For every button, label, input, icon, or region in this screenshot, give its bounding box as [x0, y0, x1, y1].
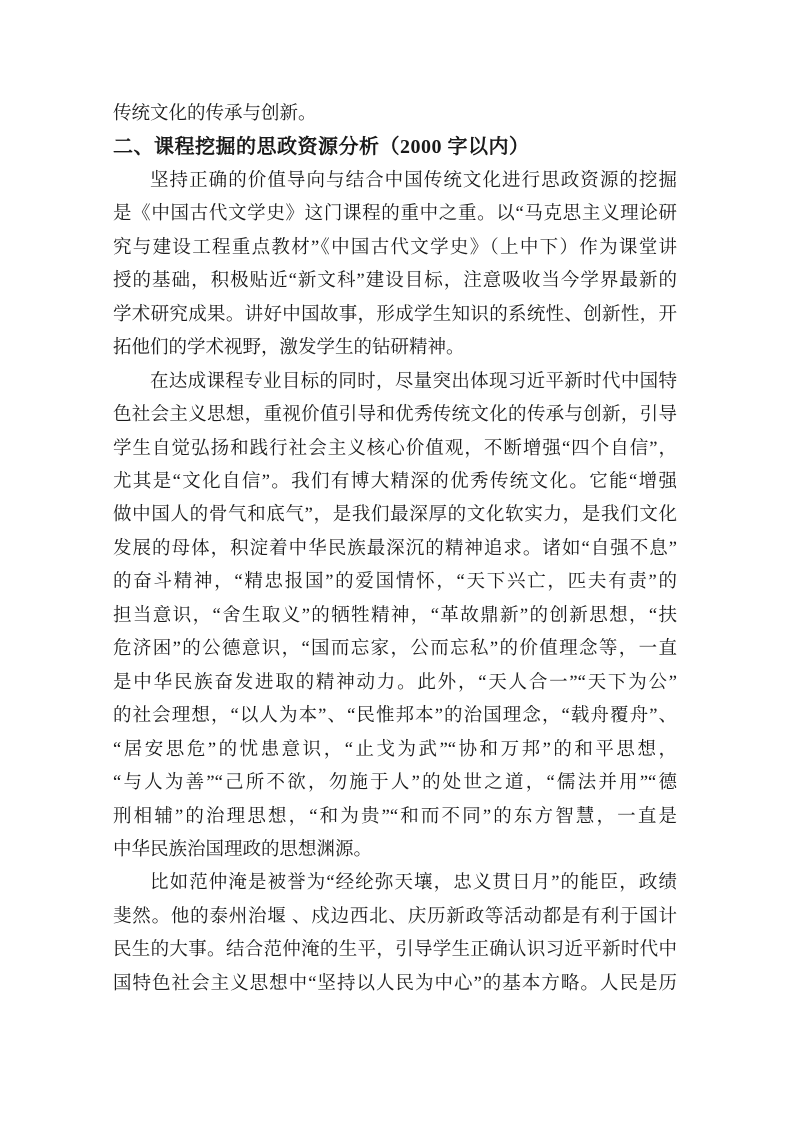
- text-line: 尤其是“文化自信”。我们有博大精深的优秀传统文化。它能“增强: [113, 466, 677, 499]
- text-line: 究与建设工程重点教材”《中国古代文学史》（上中下）作为课堂讲: [113, 232, 677, 265]
- text-line: 的社会理想，“以人为本”、“民惟邦本”的治国理念，“载舟覆舟”、: [113, 700, 677, 733]
- text-line: 国特色社会主义思想中“坚持以人民为中心”的基本方略。人民是历: [113, 968, 677, 1001]
- document-text-block: 传统文化的传承与创新。 二、课程挖掘的思政资源分析（2000 字以内） 坚持正确…: [113, 98, 677, 1001]
- text-line: 比如范仲淹是被誉为“经纶弥天壤，忠义贯日月”的能臣，政绩: [113, 867, 677, 900]
- text-line: 坚持正确的价值导向与结合中国传统文化进行思政资源的挖掘: [113, 165, 677, 198]
- text-line: 发展的母体，积淀着中华民族最深沉的精神追求。诸如“自强不息”: [113, 533, 677, 566]
- text-line: 在达成课程专业目标的同时，尽量突出体现习近平新时代中国特: [113, 366, 677, 399]
- text-line: 中华民族治国理政的思想渊源。: [113, 834, 677, 867]
- text-line: 授的基础，积极贴近“新文科”建设目标，注意吸收当今学界最新的: [113, 265, 677, 298]
- text-line: 传统文化的传承与创新。: [113, 98, 677, 131]
- text-line: 民生的大事。结合范仲淹的生平，引导学生正确认识习近平新时代中: [113, 934, 677, 967]
- text-line: 做中国人的骨气和底气”，是我们最深厚的文化软实力，是我们文化: [113, 499, 677, 532]
- text-line: 是中华民族奋发进取的精神动力。此外，“天人合一”“天下为公”: [113, 667, 677, 700]
- document-page: 传统文化的传承与创新。 二、课程挖掘的思政资源分析（2000 字以内） 坚持正确…: [0, 0, 794, 1123]
- text-line: 学术研究成果。讲好中国故事，形成学生知识的系统性、创新性，开: [113, 299, 677, 332]
- text-line: 的奋斗精神，“精忠报国”的爱国情怀，“天下兴亡，匹夫有责”的: [113, 566, 677, 599]
- text-line: 刑相辅”的治理思想，“和为贵”“和而不同”的东方智慧，一直是: [113, 801, 677, 834]
- text-line: 色社会主义思想，重视价值引导和优秀传统文化的传承与创新，引导: [113, 399, 677, 432]
- text-line: “与人为善”“己所不欲，勿施于人”的处世之道，“儒法并用”“德: [113, 767, 677, 800]
- text-line: 危济困”的公德意识，“国而忘家，公而忘私”的价值理念等，一直: [113, 633, 677, 666]
- text-line: 学生自觉弘扬和践行社会主义核心价值观，不断增强“四个自信”，: [113, 433, 677, 466]
- text-line: 斐然。他的泰州治堰 、戍边西北、庆历新政等活动都是有利于国计: [113, 901, 677, 934]
- text-line: 是《中国古代文学史》这门课程的重中之重。以“马克思主义理论研: [113, 198, 677, 231]
- text-line: “居安思危”的忧患意识，“止戈为武”“协和万邦”的和平思想，: [113, 734, 677, 767]
- text-line: 拓他们的学术视野，激发学生的钻研精神。: [113, 332, 677, 365]
- text-line: 担当意识，“舍生取义”的牺牲精神，“革故鼎新”的创新思想，“扶: [113, 600, 677, 633]
- section-heading: 二、课程挖掘的思政资源分析（2000 字以内）: [113, 131, 677, 164]
